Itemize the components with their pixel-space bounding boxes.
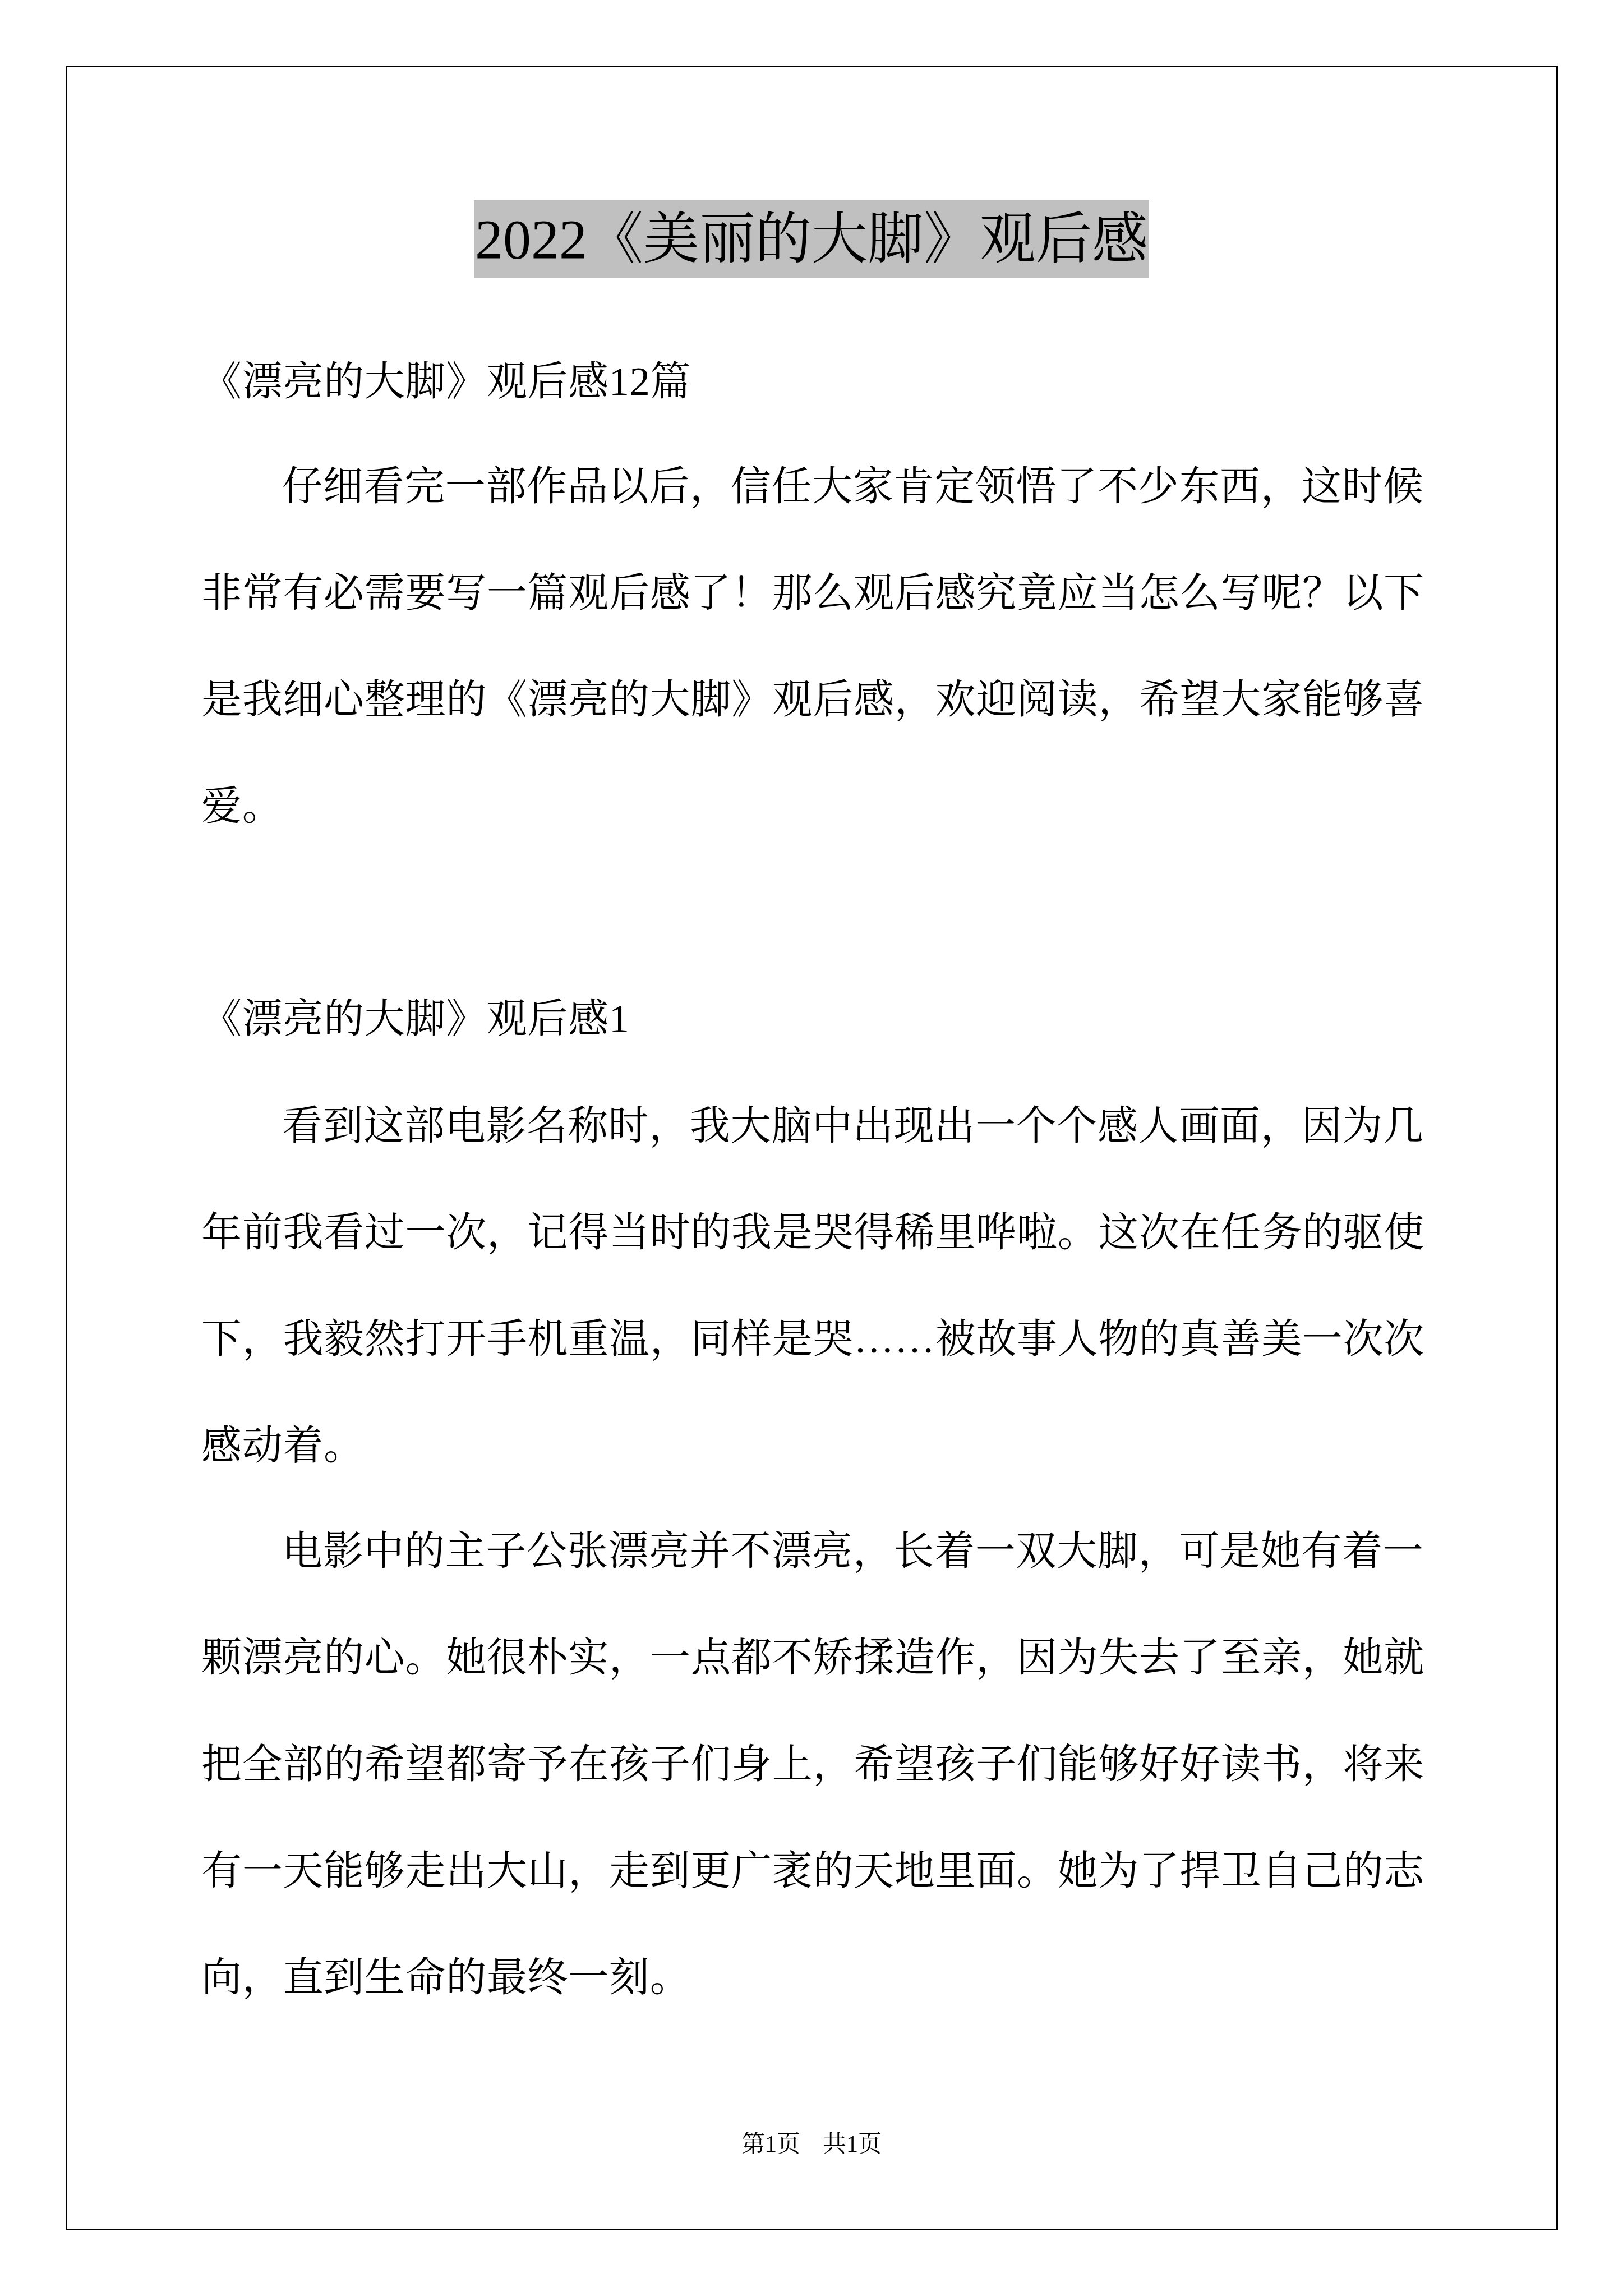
total-pages: 共1页 xyxy=(823,2132,882,2157)
current-page-number: 第1页 xyxy=(741,2132,800,2157)
paragraph-line: 颗漂亮的心。她很朴实，一点都不矫揉造作，因为失去了至亲，她就 xyxy=(201,1604,1430,1711)
paragraph-line: 向，直到生命的最终一刻。 xyxy=(201,1924,1430,2031)
paragraph-line: 年前我看过一次，记得当时的我是哭得稀里哗啦。这次在任务的驱使 xyxy=(201,1179,1430,1286)
document-title: 2022《美丽的大脚》观后感 xyxy=(474,200,1149,278)
section-heading: 《漂亮的大脚》观后感1 xyxy=(201,965,1430,1072)
paragraph-line: 把全部的希望都寄予在孩子们身上，希望孩子们能够好好读书，将来 xyxy=(201,1711,1430,1818)
section1-heading-block: 《漂亮的大脚》观后感1 xyxy=(201,965,1430,1072)
intro-paragraph: 仔细看完一部作品以后，信任大家肯定领悟了不少东西，这时候 非常有必需要写一篇观后… xyxy=(201,433,1430,859)
paragraph-line: 下，我毅然打开手机重温，同样是哭……被故事人物的真善美一次次 xyxy=(201,1286,1430,1392)
document-subtitle: 《漂亮的大脚》观后感12篇 xyxy=(201,328,1430,435)
section1-paragraph1: 看到这部电影名称时，我大脑中出现出一个个感人画面，因为几 年前我看过一次，记得当… xyxy=(201,1073,1430,1499)
paragraph-line: 电影中的主子公张漂亮并不漂亮，长着一双大脚，可是她有着一 xyxy=(201,1498,1430,1604)
subtitle-block: 《漂亮的大脚》观后感12篇 xyxy=(201,328,1430,435)
section1-paragraph2: 电影中的主子公张漂亮并不漂亮，长着一双大脚，可是她有着一 颗漂亮的心。她很朴实，… xyxy=(201,1498,1430,2031)
intro-line: 爱。 xyxy=(201,753,1430,859)
paragraph-line: 有一天能够走出大山，走到更广袤的天地里面。她为了捍卫自己的志 xyxy=(201,1818,1430,1924)
intro-line: 非常有必需要写一篇观后感了！那么观后感究竟应当怎么写呢？以下 xyxy=(201,540,1430,646)
page-footer: 第1页共1页 xyxy=(0,2129,1623,2160)
paragraph-line: 感动着。 xyxy=(201,1392,1430,1499)
title-container: 2022《美丽的大脚》观后感 xyxy=(0,200,1623,278)
paragraph-line: 看到这部电影名称时，我大脑中出现出一个个感人画面，因为几 xyxy=(201,1073,1430,1179)
intro-line: 是我细心整理的《漂亮的大脚》观后感，欢迎阅读，希望大家能够喜 xyxy=(201,646,1430,753)
intro-line: 仔细看完一部作品以后，信任大家肯定领悟了不少东西，这时候 xyxy=(201,433,1430,540)
